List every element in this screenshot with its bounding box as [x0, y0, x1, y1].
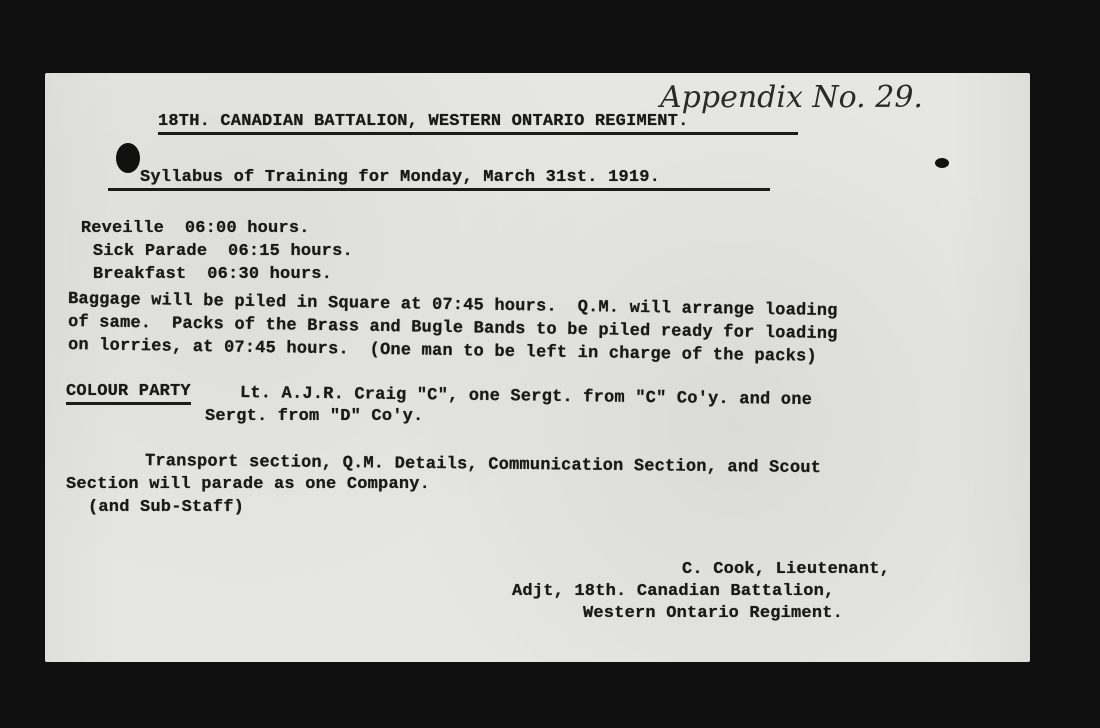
transport-line-2: Section will parade as one Company.: [66, 475, 430, 494]
colour-party-line-2: Sergt. from "D" Co'y.: [205, 407, 423, 426]
colour-party-label: COLOUR PARTY: [66, 382, 191, 405]
signature-name: C. Cook, Lieutenant,: [682, 560, 890, 579]
ink-blot-small: [935, 158, 949, 168]
signature-title: Adjt, 18th. Canadian Battalion,: [512, 582, 834, 601]
schedule-label: Breakfast: [93, 265, 187, 284]
schedule-time: 06:30 hours.: [207, 265, 332, 284]
document-subheading: Syllabus of Training for Monday, March 3…: [108, 168, 770, 191]
signature-regiment: Western Ontario Regiment.: [583, 604, 843, 623]
document-heading: 18TH. CANADIAN BATTALION, WESTERN ONTARI…: [158, 112, 798, 135]
schedule-breakfast: Breakfast 06:30 hours.: [72, 246, 332, 284]
handwritten-annotation: Appendix No. 29.: [660, 80, 923, 115]
transport-line-3: (and Sub-Staff): [88, 498, 244, 517]
